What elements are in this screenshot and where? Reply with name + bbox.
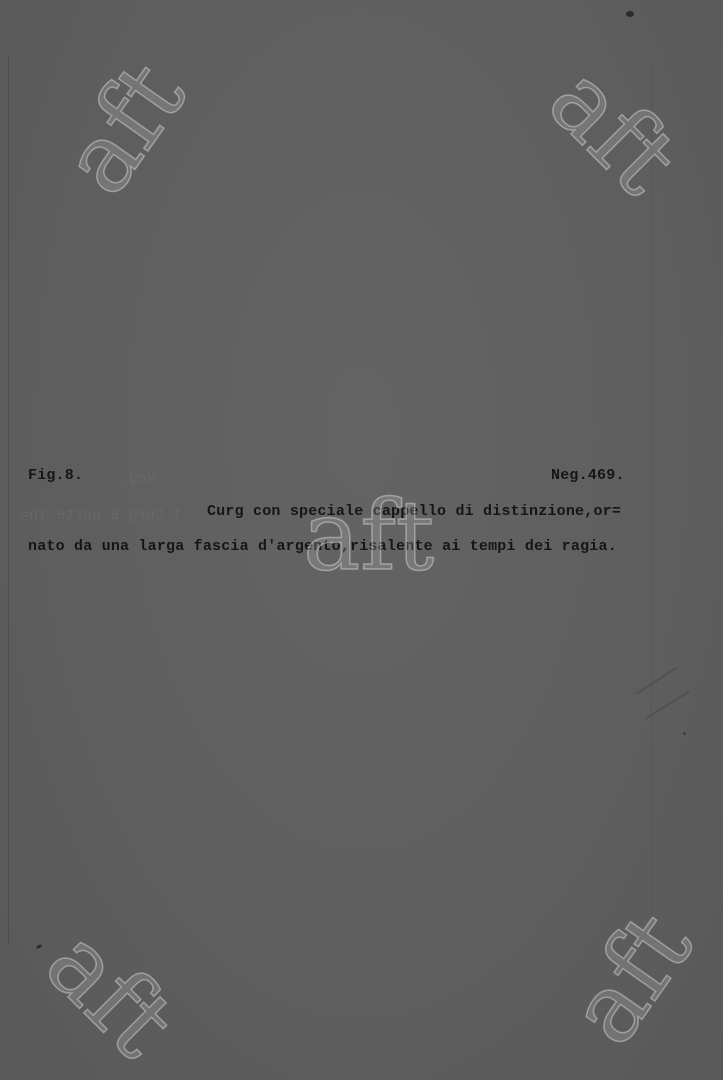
- dust-speck: [626, 11, 634, 17]
- watermark-bottom-right: aft: [554, 897, 708, 1060]
- negative-number: Neg.469.: [551, 467, 625, 484]
- dust-speck: [36, 944, 43, 950]
- card-edge-right: [651, 60, 652, 935]
- archival-card-scan: Neg. l Curg è parte in= Fig.8. Neg.469. …: [0, 0, 723, 1080]
- bleed-through-text: l Curg è parte in=: [20, 507, 182, 524]
- bleed-through-text: Neg.: [120, 470, 156, 487]
- watermark-center: aft: [303, 488, 434, 584]
- figure-number: Fig.8.: [28, 467, 83, 484]
- watermark-top-right: aft: [533, 50, 694, 211]
- watermark-bottom-left: aft: [30, 913, 191, 1074]
- watermark-top-left: aft: [47, 47, 201, 210]
- dust-speck: [683, 732, 686, 735]
- card-edge-left: [8, 55, 9, 945]
- scratch-mark: [635, 667, 676, 695]
